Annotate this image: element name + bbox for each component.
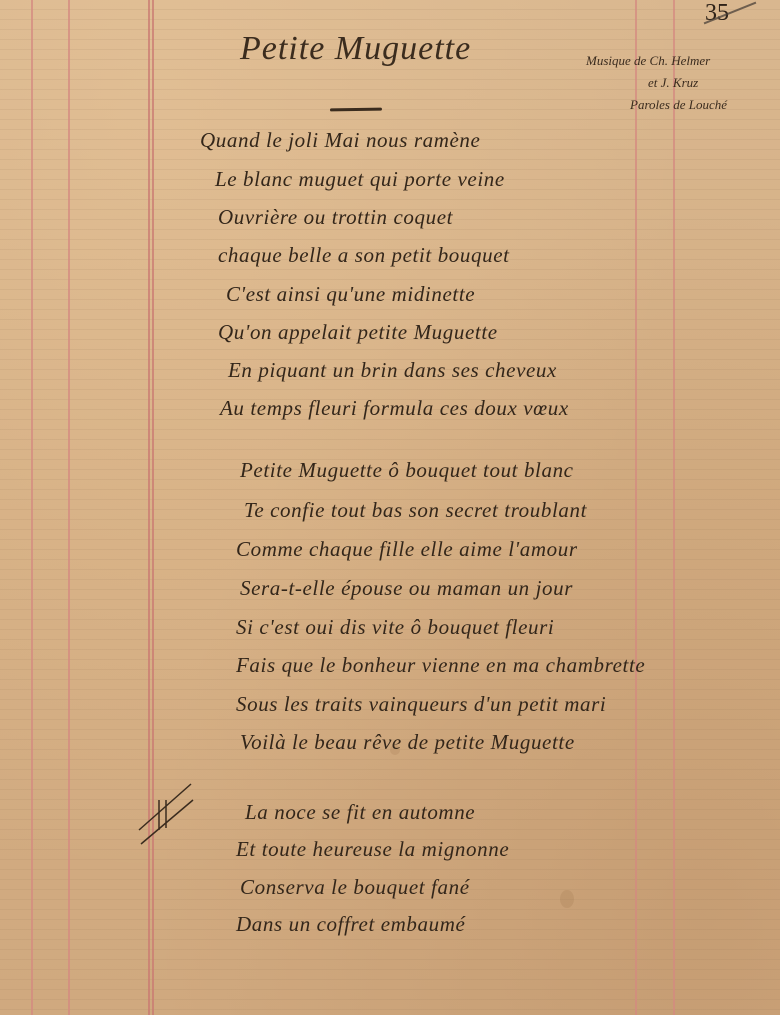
song-credits: Musique de Ch. Helmer et J. Kruz Paroles… xyxy=(586,50,780,116)
margin-line-right-2 xyxy=(673,0,675,1015)
verse-line: Petite Muguette ô bouquet tout blanc xyxy=(240,458,574,483)
margin-line-left-3a xyxy=(148,0,150,1015)
verse-line: Te confie tout bas son secret troublant xyxy=(244,498,587,523)
verse-line: C'est ainsi qu'une midinette xyxy=(226,282,475,307)
credit-music: Musique de Ch. Helmer xyxy=(586,50,780,72)
credit-music-2: et J. Kruz xyxy=(586,72,780,94)
margin-line-left-1 xyxy=(31,0,33,1015)
verse-line: Et toute heureuse la mignonne xyxy=(236,837,509,862)
verse-line: Quand le joli Mai nous ramène xyxy=(200,128,480,153)
verse-line: Fais que le bonheur vienne en ma chambre… xyxy=(236,653,645,678)
verse-line: Voilà le beau rêve de petite Muguette xyxy=(240,730,575,755)
manuscript-page: 35 Petite Muguette Musique de Ch. Helmer… xyxy=(0,0,780,1015)
verse-line: La noce se fit en automne xyxy=(245,800,475,825)
margin-line-right-1 xyxy=(635,0,637,1015)
song-title: Petite Muguette xyxy=(240,30,471,68)
verse-line: Au temps fleuri formula ces doux vœux xyxy=(220,396,569,421)
verse-line: Le blanc muguet qui porte veine xyxy=(215,167,505,192)
verse-line: Sera-t-elle épouse ou maman un jour xyxy=(240,576,573,601)
credit-lyrics: Paroles de Louché xyxy=(586,94,780,116)
verse-line: Conserva le bouquet fané xyxy=(240,875,470,900)
margin-line-left-2 xyxy=(68,0,70,1015)
verse-line: Ouvrière ou trottin coquet xyxy=(218,205,453,230)
stanza-numeral-mark xyxy=(135,778,195,848)
verse-line: Si c'est oui dis vite ô bouquet fleuri xyxy=(236,615,554,640)
verse-line: chaque belle a son petit bouquet xyxy=(218,243,510,268)
verse-line: Sous les traits vainqueurs d'un petit ma… xyxy=(236,692,606,717)
verse-line: En piquant un brin dans ses cheveux xyxy=(228,358,557,383)
margin-line-left-3b xyxy=(152,0,154,1015)
verse-line: Dans un coffret embaumé xyxy=(236,912,465,937)
verse-line: Qu'on appelait petite Muguette xyxy=(218,320,498,345)
paper-stain xyxy=(560,890,574,908)
verse-line: Comme chaque fille elle aime l'amour xyxy=(236,537,578,562)
